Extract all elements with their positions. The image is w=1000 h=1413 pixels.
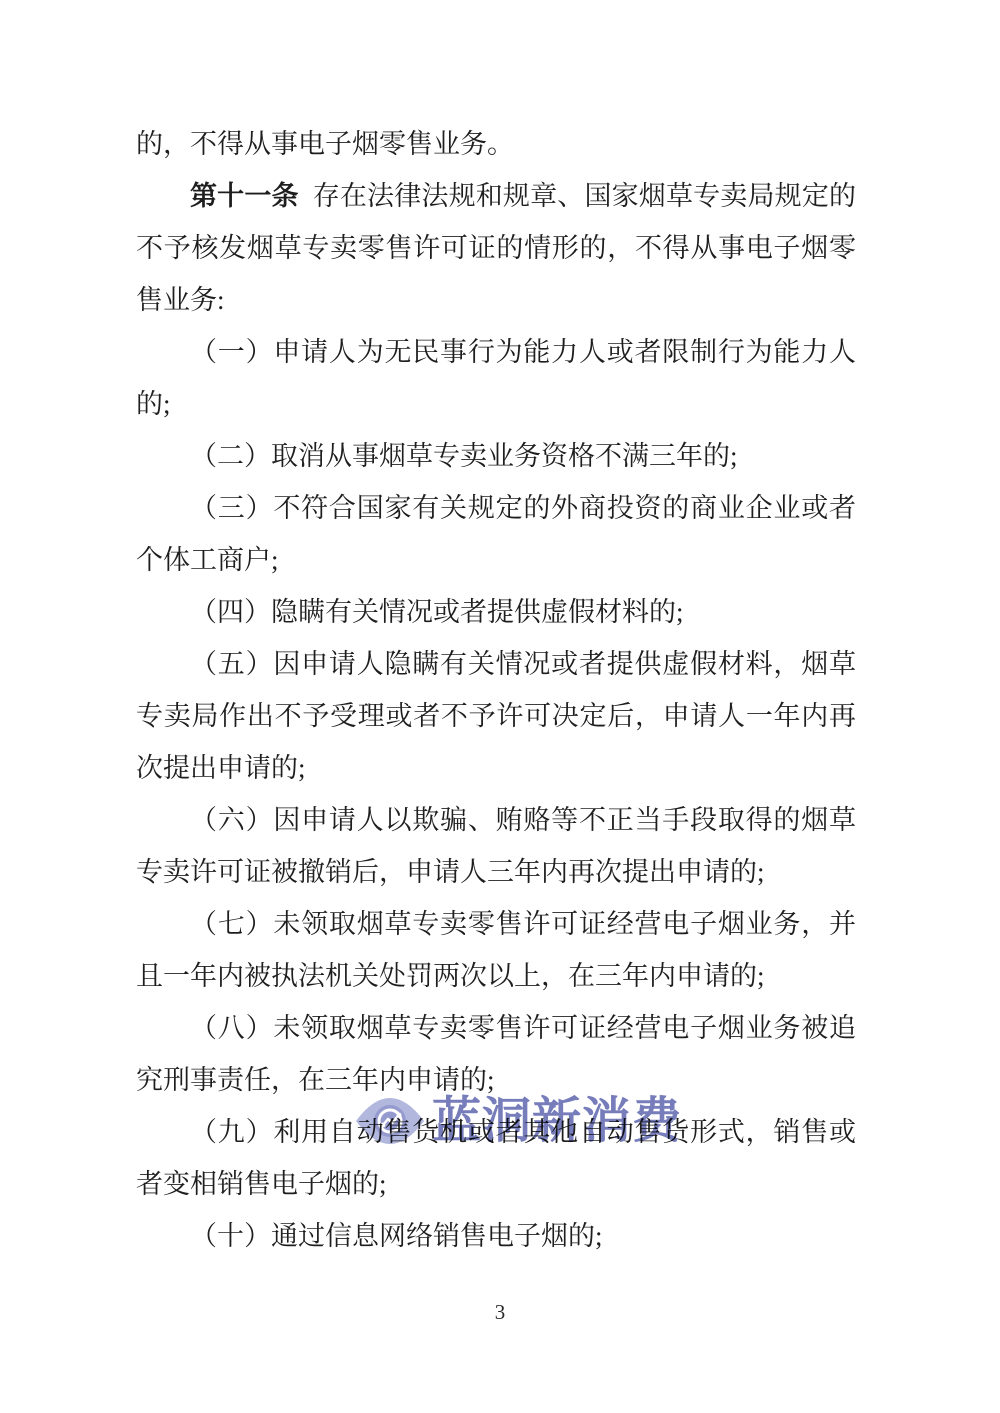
paragraph-continuation: 的，不得从事电子烟零售业务。 [136, 118, 856, 170]
list-item-6: （六）因申请人以欺骗、贿赂等不正当手段取得的烟草专卖许可证被撤销后，申请人三年内… [136, 794, 856, 898]
paragraph-text: （七）未领取烟草专卖零售许可证经营电子烟业务，并且一年内被执法机关处罚两次以上，… [136, 909, 856, 991]
list-item-7: （七）未领取烟草专卖零售许可证经营电子烟业务，并且一年内被执法机关处罚两次以上，… [136, 898, 856, 1002]
paragraph-text: （五）因申请人隐瞒有关情况或者提供虚假材料，烟草专卖局作出不予受理或者不予许可决… [136, 649, 856, 783]
page-footer: 3 [0, 1300, 1000, 1325]
paragraph-text: （八）未领取烟草专卖零售许可证经营电子烟业务被追究刑事责任，在三年内申请的; [136, 1013, 856, 1095]
list-item-3: （三）不符合国家有关规定的外商投资的商业企业或者个体工商户; [136, 482, 856, 586]
page-number: 3 [495, 1300, 506, 1324]
paragraph-text: （三）不符合国家有关规定的外商投资的商业企业或者个体工商户; [136, 493, 856, 575]
paragraph-text: 的，不得从事电子烟零售业务。 [136, 129, 514, 159]
list-item-10: （十）通过信息网络销售电子烟的; [136, 1210, 856, 1262]
paragraph-text: （六）因申请人以欺骗、贿赂等不正当手段取得的烟草专卖许可证被撤销后，申请人三年内… [136, 805, 856, 887]
list-item-5: （五）因申请人隐瞒有关情况或者提供虚假材料，烟草专卖局作出不予受理或者不予许可决… [136, 638, 856, 794]
list-item-9: （九）利用自动售货机或者其他自动售货形式，销售或者变相销售电子烟的; [136, 1106, 856, 1210]
paragraph-text: （一）申请人为无民事行为能力人或者限制行为能力人的; [136, 337, 856, 419]
list-item-2: （二）取消从事烟草专卖业务资格不满三年的; [136, 430, 856, 482]
document-page: 的，不得从事电子烟零售业务。 第十一条存在法律法规和规章、国家烟草专卖局规定的不… [0, 0, 1000, 1413]
article-number-bold: 第十一条 [190, 181, 299, 211]
document-body: 的，不得从事电子烟零售业务。 第十一条存在法律法规和规章、国家烟草专卖局规定的不… [136, 118, 856, 1262]
paragraph-article-11: 第十一条存在法律法规和规章、国家烟草专卖局规定的不予核发烟草专卖零售许可证的情形… [136, 170, 856, 326]
list-item-8: （八）未领取烟草专卖零售许可证经营电子烟业务被追究刑事责任，在三年内申请的; [136, 1002, 856, 1106]
list-item-4: （四）隐瞒有关情况或者提供虚假材料的; [136, 586, 856, 638]
paragraph-text: （二）取消从事烟草专卖业务资格不满三年的; [190, 441, 738, 471]
paragraph-text: （四）隐瞒有关情况或者提供虚假材料的; [190, 597, 684, 627]
list-item-1: （一）申请人为无民事行为能力人或者限制行为能力人的; [136, 326, 856, 430]
paragraph-text: （十）通过信息网络销售电子烟的; [190, 1221, 603, 1251]
paragraph-text: （九）利用自动售货机或者其他自动售货形式，销售或者变相销售电子烟的; [136, 1117, 856, 1199]
